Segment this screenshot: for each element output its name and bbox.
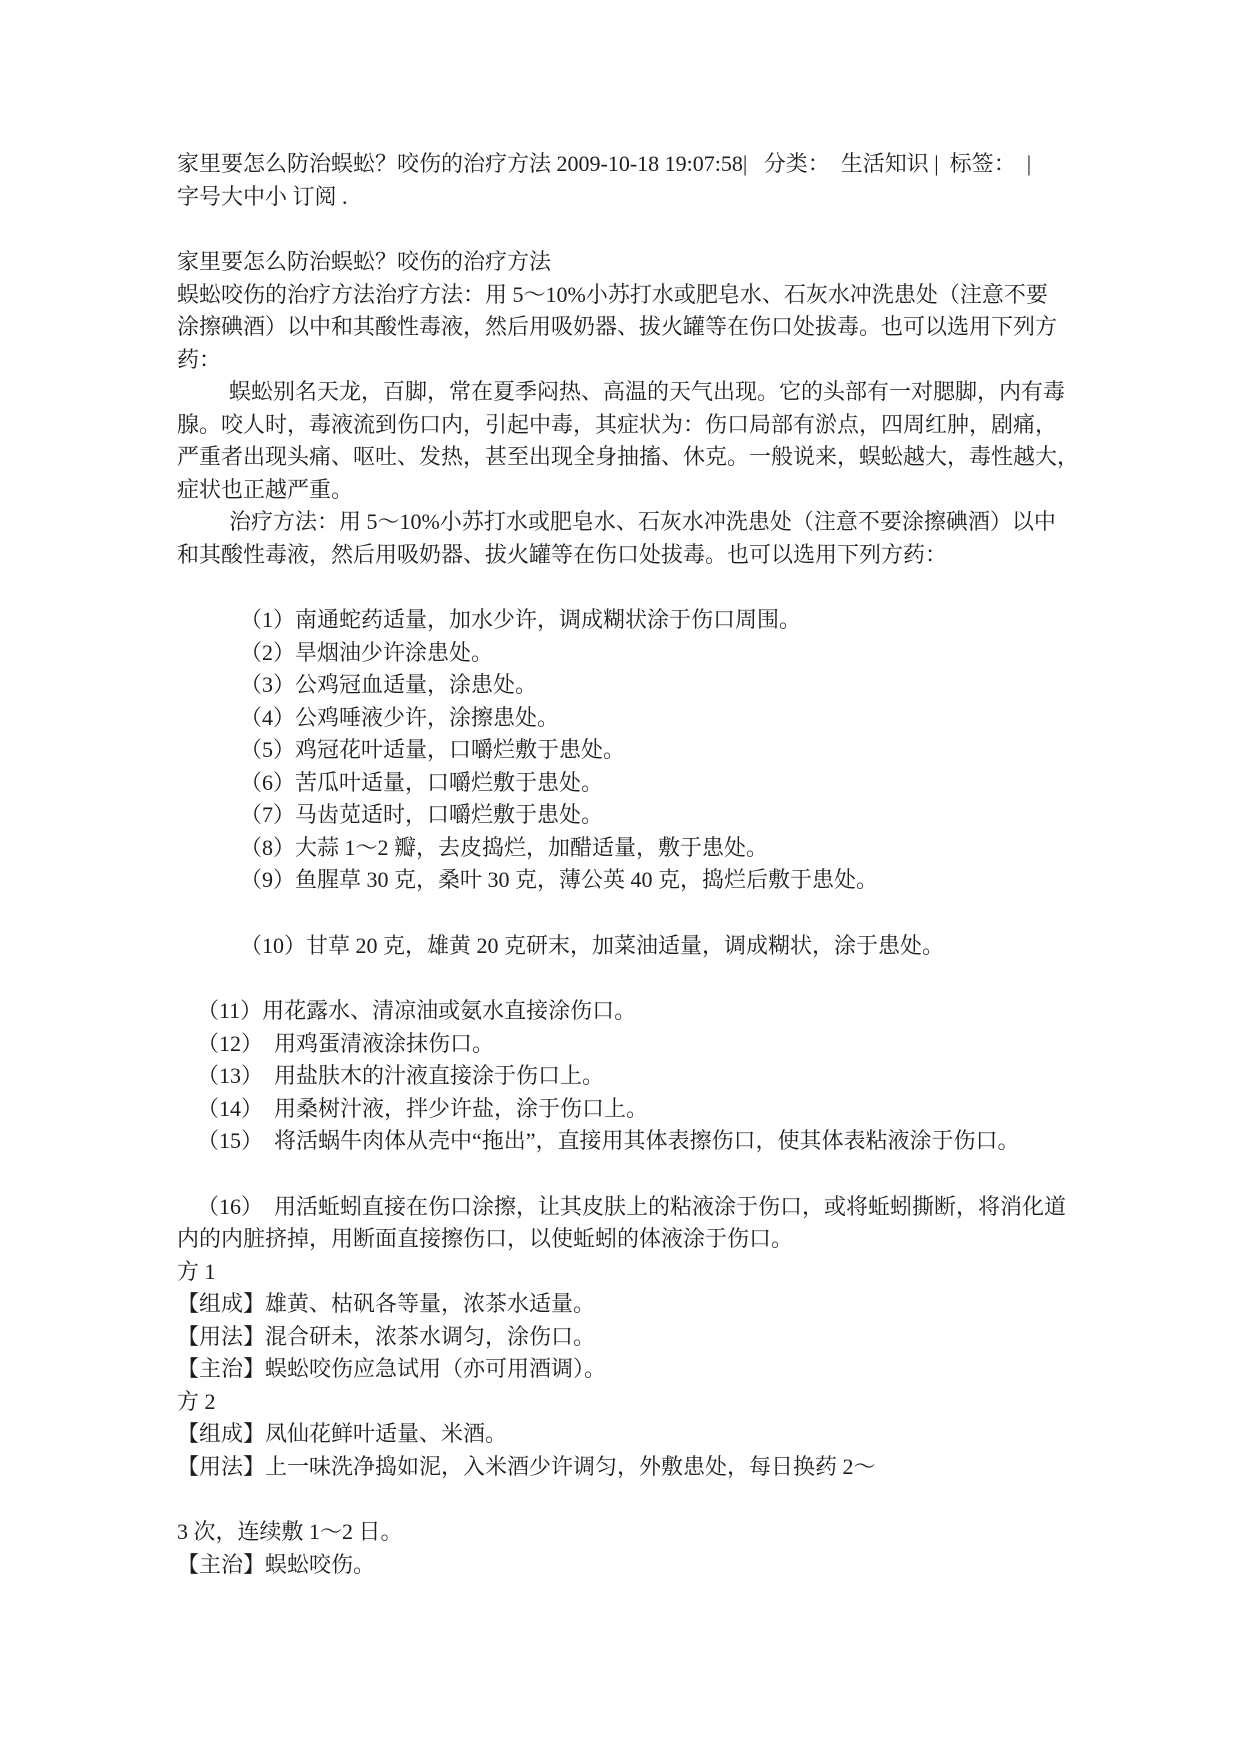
prescription-2-indication: 【主治】蜈蚣咬伤。 (177, 1549, 1191, 1582)
prescription-1-usage: 【用法】混合研未，浓茶水调匀，涂伤口。 (177, 1321, 1191, 1354)
description-paragraph-line: 症状也正越严重。 (177, 474, 1191, 507)
intro-paragraph-line: 涂擦碘酒）以中和其酸性毒液，然后用吸奶器、拔火罐等在伤口处拔毒。也可以选用下列方 (177, 311, 1191, 344)
prescription-2-usage: 【用法】上一味洗净捣如泥，入米酒少许调匀，外敷患处，每日换药 2～ (177, 1451, 1191, 1484)
post-meta-line: 家里要怎么防治蜈蚣？咬伤的治疗方法 2009-10-18 19:07:58| 分… (177, 148, 1191, 181)
post-title: 家里要怎么防治蜈蚣？咬伤的治疗方法 (177, 246, 1191, 279)
remedy-item-16: （16） 用活蚯蚓直接在伤口涂擦，让其皮肤上的粘液涂于伤口，或将蚯蚓撕断，将消化… (177, 1191, 1191, 1224)
remedy-item-12: （12） 用鸡蛋清液涂抹伤口。 (177, 1028, 1191, 1061)
remedy-item-8: （8）大蒜 1～2 瓣，去皮捣烂，加醋适量，敷于患处。 (177, 832, 1191, 865)
description-paragraph-line: 严重者出现头痛、呕吐、发热，甚至出现全身抽搐、休克。一般说来，蜈蚣越大，毒性越大… (177, 441, 1191, 474)
remedy-item-3: （3）公鸡冠血适量，涂患处。 (177, 669, 1191, 702)
remedy-item-2: （2）旱烟油少许涂患处。 (177, 637, 1191, 670)
document-page: 家里要怎么防治蜈蚣？咬伤的治疗方法 2009-10-18 19:07:58| 分… (0, 0, 1241, 1754)
description-paragraph-line: 腺。咬人时，毒液流到伤口内，引起中毒，其症状为：伤口局部有淤点，四周红肿，剧痛， (177, 409, 1191, 442)
remedy-item-10: （10）甘草 20 克，雄黄 20 克研末，加菜油适量，调成糊状，涂于患处。 (177, 930, 1191, 963)
treatment-paragraph-line: 和其酸性毒液，然后用吸奶器、拔火罐等在伤口处拔毒。也可以选用下列方药： (177, 539, 1191, 572)
prescription-2-heading: 方 2 (177, 1386, 1191, 1419)
remedy-item-11: （11）用花露水、清凉油或氨水直接涂伤口。 (177, 995, 1191, 1028)
remedy-item-14: （14） 用桑树汁液，拌少许盐，涂于伤口上。 (177, 1093, 1191, 1126)
prescription-2-usage-continued: 3 次，连续敷 1～2 日。 (177, 1516, 1191, 1549)
remedy-item-9: （9）鱼腥草 30 克，桑叶 30 克，薄公英 40 克，捣烂后敷于患处。 (177, 864, 1191, 897)
remedy-item-1: （1）南通蛇药适量，加水少许，调成糊状涂于伤口周围。 (177, 604, 1191, 637)
remedy-item-6: （6）苦瓜叶适量，口嚼烂敷于患处。 (177, 767, 1191, 800)
treatment-paragraph-line: 治疗方法：用 5～10%小苏打水或肥皂水、石灰水冲洗患处（注意不要涂擦碘酒）以中 (177, 506, 1191, 539)
remedy-item-15: （15） 将活蜗牛肉体从壳中“拖出”，直接用其体表擦伤口，使其体表粘液涂于伤口。 (177, 1125, 1191, 1158)
intro-paragraph-line: 药： (177, 344, 1191, 377)
description-paragraph-line: 蜈蚣别名天龙，百脚，常在夏季闷热、高温的天气出现。它的头部有一对腮脚，内有毒 (177, 376, 1191, 409)
intro-paragraph-line: 蜈蚣咬伤的治疗方法治疗方法：用 5～10%小苏打水或肥皂水、石灰水冲洗患处（注意… (177, 279, 1191, 312)
prescription-1-heading: 方 1 (177, 1256, 1191, 1289)
post-toolbar-line: 字号大中小 订阅 . (177, 181, 1191, 214)
prescription-2-composition: 【组成】凤仙花鲜叶适量、米酒。 (177, 1418, 1191, 1451)
remedy-item-4: （4）公鸡唾液少许，涂擦患处。 (177, 702, 1191, 735)
remedy-item-5: （5）鸡冠花叶适量，口嚼烂敷于患处。 (177, 734, 1191, 767)
prescription-1-composition: 【组成】雄黄、枯矾各等量，浓茶水适量。 (177, 1288, 1191, 1321)
remedy-item-7: （7）马齿苋适时，口嚼烂敷于患处。 (177, 799, 1191, 832)
prescription-1-indication: 【主治】蜈蚣咬伤应急试用（亦可用酒调）。 (177, 1353, 1191, 1386)
remedy-item-16-continued: 内的内脏挤掉，用断面直接擦伤口，以使蚯蚓的体液涂于伤口。 (177, 1223, 1191, 1256)
remedy-item-13: （13） 用盐肤木的汁液直接涂于伤口上。 (177, 1060, 1191, 1093)
